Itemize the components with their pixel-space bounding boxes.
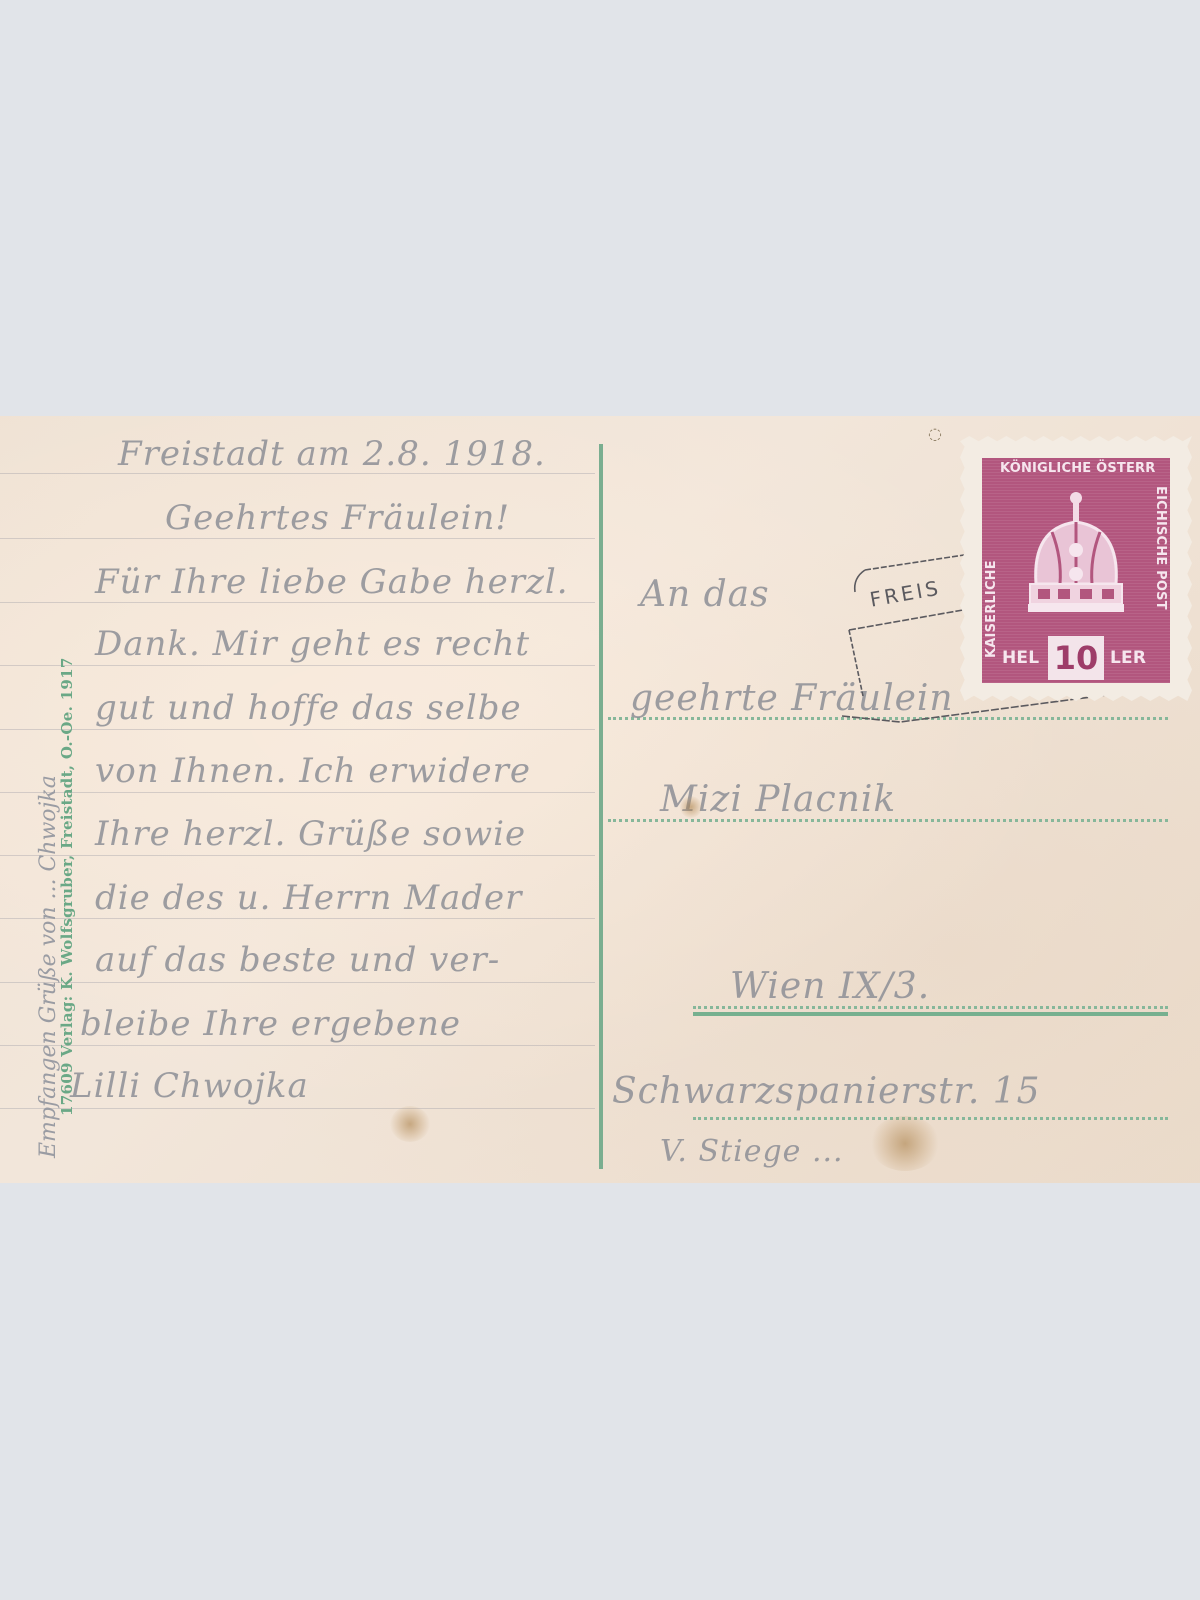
message-line: gut und hoffe das selbe: [95, 688, 522, 728]
message-line: bleibe Ihre ergebene: [80, 1004, 461, 1044]
center-divider: [599, 444, 603, 1169]
ruled-line: [0, 792, 595, 793]
ruled-line: [0, 1045, 595, 1046]
postmark-text: FREIS: [868, 576, 943, 612]
message-signature: Lilli Chwojka: [70, 1066, 309, 1106]
ruled-line: [0, 855, 595, 856]
ruled-line: [0, 538, 595, 539]
message-line: Ihre herzl. Grüße sowie: [95, 814, 526, 854]
postage-stamp: KÖNIGLICHE ÖSTERR KAISERLICHE EICHISCHE …: [960, 436, 1192, 701]
crown-icon: [1022, 488, 1130, 618]
margin-note: Empfangen Grüße von ... Chwojka: [36, 775, 61, 1158]
stamp-top-text: KÖNIGLICHE ÖSTERR: [1000, 461, 1155, 476]
message-line: Dank. Mir geht es recht: [95, 624, 530, 664]
stamp-left-text: KAISERLICHE: [984, 560, 999, 658]
message-salutation: Geehrtes Fräulein!: [165, 498, 510, 538]
ruled-line: [0, 665, 595, 666]
ruled-line: [0, 602, 595, 603]
address-solid-line: [693, 1012, 1168, 1016]
foxing-stain: [390, 1106, 430, 1142]
stamp-hel: HEL: [1002, 648, 1039, 668]
address-dotted-line: [693, 1117, 1168, 1120]
postcard: 17609 Verlag: K. Wolfsgruber, Freistadt,…: [0, 416, 1200, 1183]
address-an-das: An das: [640, 574, 770, 615]
address-extra: V. Stiege ...: [660, 1134, 844, 1169]
ruled-line: [0, 1108, 595, 1109]
address-city: Wien IX/3.: [730, 966, 930, 1007]
stamp-value: 10: [1048, 636, 1104, 680]
message-line: von Ihnen. Ich erwidere: [95, 751, 531, 791]
message-line: auf das beste und ver-: [95, 940, 500, 980]
address-street: Schwarzspanierstr. 15: [612, 1071, 1041, 1112]
foxing-stain: [870, 1116, 940, 1171]
stamp-right-text: EICHISCHE POST: [1153, 486, 1168, 610]
stamp-design: KÖNIGLICHE ÖSTERR KAISERLICHE EICHISCHE …: [982, 458, 1170, 683]
message-date-line: Freistadt am 2.8. 1918.: [118, 434, 546, 474]
foxing-stain: [680, 796, 702, 818]
message-line: Für Ihre liebe Gabe herzl.: [95, 562, 569, 602]
stamp-ler: LER: [1110, 648, 1146, 668]
ruled-line: [0, 729, 595, 730]
corner-mark: ◌: [928, 424, 942, 443]
ruled-line: [0, 918, 595, 919]
ruled-line: [0, 982, 595, 983]
message-line: die des u. Herrn Mader: [95, 878, 522, 918]
